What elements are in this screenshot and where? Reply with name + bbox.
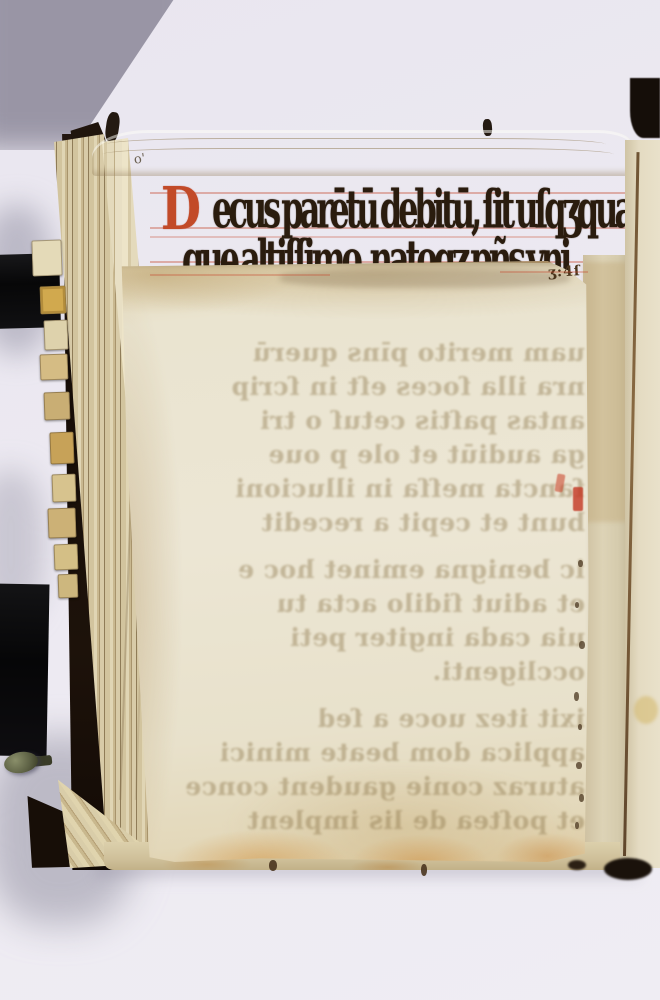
ghost-line: et poſtea de lis implent [155, 804, 585, 838]
edge-speck [579, 641, 585, 649]
red-ruling-line [150, 274, 330, 276]
ghost-line: bunt et cepit a recedit [155, 506, 585, 540]
margin-mark: o' [133, 151, 146, 167]
ghost-line: aturaz conie gaudent conce [155, 770, 585, 804]
edge-speck [578, 724, 582, 730]
edge-speck [575, 822, 579, 829]
ghost-line: uam merito pīns querū [155, 336, 585, 370]
ghost-line: ic benigna eminet hoc e [155, 553, 585, 587]
ghost-line: occligenti. [155, 655, 585, 689]
manuscript-photo: o' D ecus parētū debitū, ſit uſqʒqua que… [0, 0, 660, 1000]
index-tab [47, 508, 76, 539]
index-tab [43, 320, 68, 351]
index-tab [40, 354, 69, 381]
index-tab [44, 392, 71, 421]
bottom-edge-speck [269, 860, 277, 871]
edge-speck [578, 560, 583, 567]
leather-strap-lower [0, 584, 49, 757]
red-ruling-line [500, 271, 588, 273]
ghost-line: applica dom beate minici [155, 736, 585, 770]
ghost-line: antas paſtis cetuſ o tri [155, 404, 585, 438]
under-leaf-stain [583, 262, 627, 522]
right-board-corner [630, 78, 660, 138]
index-tab [54, 544, 79, 571]
ghost-line: et adiut ſidilo acta tu [155, 587, 585, 621]
red-blotch [573, 487, 583, 511]
edge-speck [574, 692, 579, 701]
edge-speck [575, 602, 579, 608]
ghost-line: ſancta meſſa in illucioni [155, 472, 585, 506]
index-tab [31, 239, 62, 276]
show-through-text: uam merito pīns querū nra illa ſoces eſt… [155, 336, 585, 838]
index-tab [49, 432, 74, 465]
bottom-right-dark-curl [568, 860, 586, 870]
ghost-paragraph-gap [155, 689, 585, 702]
ghost-line: uia cada ingiter peti [155, 621, 585, 655]
index-tab [58, 574, 79, 599]
ghost-line: ga audiūt et ole p oue [155, 438, 585, 472]
index-tab [40, 286, 67, 315]
ghost-line: ixit itez uoce a ſed [155, 702, 585, 736]
bottom-right-board-edge [604, 858, 652, 880]
ghost-line: nra illa ſoces eſt in ſcrip [155, 370, 585, 404]
edge-speck [576, 762, 582, 769]
yellow-blotch [634, 696, 658, 724]
edge-speck [579, 794, 584, 802]
ghost-paragraph-gap [155, 540, 585, 553]
bottom-edge-speck [421, 864, 427, 876]
index-tab [52, 474, 77, 503]
